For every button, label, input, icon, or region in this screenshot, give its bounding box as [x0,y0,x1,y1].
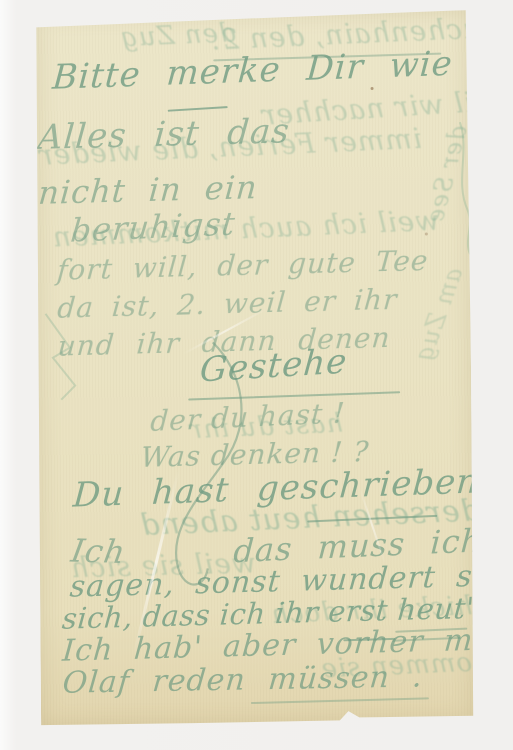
handwriting-line: Ich [68,532,128,571]
handwriting-line: beruhigst [69,204,237,249]
handwriting-line: Gestehe [198,341,348,390]
bleed-line: der See [420,122,472,226]
underline-stroke [168,106,228,112]
handwriting-line: Olaf reden müssen . [61,659,424,700]
underline-stroke [251,697,429,704]
paper-speck [425,232,428,235]
handwriting-line: Alles ist das [36,111,291,158]
paper-speck [371,87,374,90]
bleed-line: am Zug [409,263,468,365]
letter-paper: den Zug Buchenhain, den 2. weil wir nach… [35,10,474,726]
handwriting-line: da ist, 2. weil er ihr [56,283,399,325]
